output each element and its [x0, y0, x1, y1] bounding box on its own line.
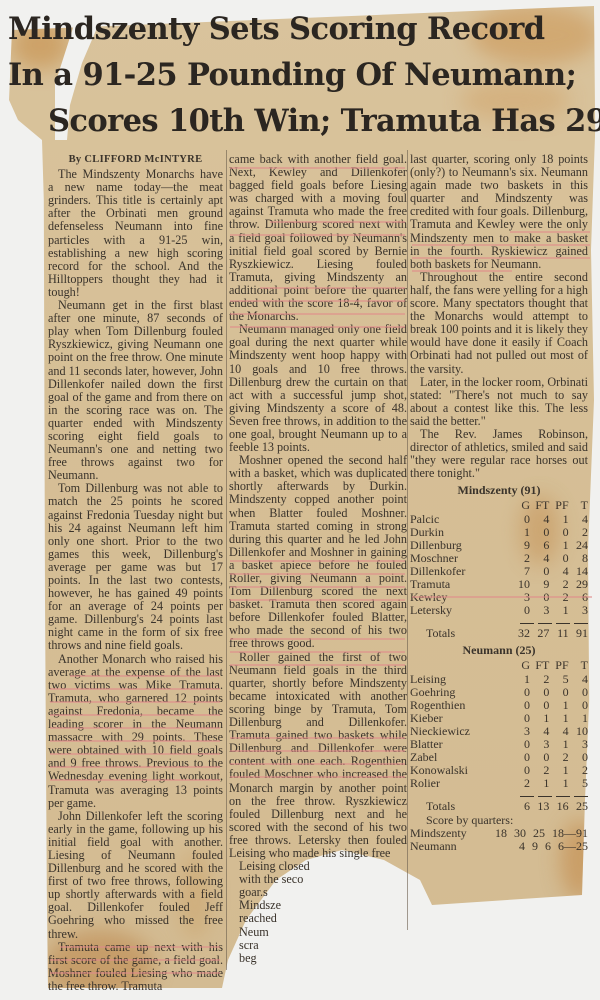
stat-value: 0: [572, 699, 588, 712]
rule-dash: [574, 790, 588, 797]
column-divider: [407, 150, 408, 930]
player-row: Rolier2115: [410, 777, 588, 790]
quarter-score-row: Neumann4 9 6 6—25: [410, 840, 588, 853]
stat-column-label: G: [514, 659, 530, 672]
player-name: Rolier: [410, 777, 514, 790]
rule-dash: [538, 617, 552, 624]
stat-header: GFTPFT: [410, 499, 588, 512]
byline: By CLIFFORD McINTYRE: [48, 153, 223, 166]
player-name: Durkin: [410, 526, 514, 539]
article-paragraph: Throughout the entire second half, the f…: [410, 271, 588, 376]
stat-value: 0: [533, 526, 549, 539]
player-row: Dillenburg96124: [410, 539, 588, 552]
stat-value: 1: [553, 777, 569, 790]
stat-column-label: PF: [553, 499, 569, 512]
stat-value: 13: [533, 800, 549, 813]
rule-dash: [574, 617, 588, 624]
player-row: Durkin1002: [410, 526, 588, 539]
player-name: Kieber: [410, 712, 514, 725]
stat-value: 5: [572, 777, 588, 790]
stat-columns: GFTPFT: [514, 659, 588, 672]
stat-header: GFTPFT: [410, 659, 588, 672]
article-paragraph: John Dillenkofer left the scoring early …: [48, 810, 223, 941]
quarter-team: Neumann: [410, 840, 519, 853]
player-name: Goehring: [410, 686, 514, 699]
box-score: Mindszenty (91)GFTPFTPalcic0414Durkin100…: [410, 484, 588, 852]
article-paragraph: Neum: [229, 926, 407, 939]
stat-value: 4: [572, 513, 588, 526]
player-row: Goehring0000: [410, 686, 588, 699]
stat-value: 11: [553, 627, 569, 640]
headline-line-1: Mindszenty Sets Scoring Record: [8, 6, 596, 52]
player-stats: 96124: [514, 539, 588, 552]
team-heading: Mindszenty (91): [410, 484, 588, 497]
stat-value: 6: [514, 800, 530, 813]
stat-value: 1: [533, 777, 549, 790]
article-paragraph: Neumann get in the first blast after one…: [48, 299, 223, 482]
player-stats: 0313: [514, 604, 588, 617]
article-paragraph: reached: [229, 912, 407, 925]
stat-column-label: PF: [553, 659, 569, 672]
article-paragraph: Later, in the locker room, Orbinati stat…: [410, 376, 588, 428]
stat-value: 1: [514, 526, 530, 539]
totals-stats: 6131625: [514, 800, 588, 813]
player-name: Palcic: [410, 513, 514, 526]
player-row: Leising1254: [410, 673, 588, 686]
player-stats: 2408: [514, 552, 588, 565]
stat-value: 1: [553, 513, 569, 526]
stat-value: 1: [553, 699, 569, 712]
player-stats: 0111: [514, 712, 588, 725]
headline-line-2: In a 91-25 Pounding Of Neumann;: [8, 52, 596, 98]
stat-columns: GFTPFT: [514, 499, 588, 512]
stat-value: 0: [514, 604, 530, 617]
stat-value: 6: [533, 539, 549, 552]
stat-value: 2: [514, 777, 530, 790]
stat-value: 2: [514, 552, 530, 565]
stat-value: 9: [514, 539, 530, 552]
stat-value: 4: [533, 513, 549, 526]
rule-dash: [538, 790, 552, 797]
stat-value: 0: [553, 526, 569, 539]
article-paragraph: beg: [229, 952, 407, 965]
team-heading: Neumann (25): [410, 644, 588, 657]
column-divider: [226, 150, 227, 970]
quarters-label: Score by quarters:: [410, 814, 588, 827]
stat-value: 3: [572, 604, 588, 617]
stat-value: 0: [553, 686, 569, 699]
stat-value: 4: [533, 552, 549, 565]
article-paragraph: Neumann managed only one field goal duri…: [229, 323, 407, 454]
stat-value: 32: [514, 627, 530, 640]
stat-value: 1: [533, 712, 549, 725]
stat-value: 0: [514, 712, 530, 725]
stat-value: 1: [553, 604, 569, 617]
article-paragraph: last quarter, scoring only 18 points (on…: [410, 153, 588, 271]
player-name: Letersky: [410, 604, 514, 617]
stat-value: 0: [514, 699, 530, 712]
headline: Mindszenty Sets Scoring Record In a 91-2…: [8, 6, 596, 144]
player-name: Dillenburg: [410, 539, 514, 552]
player-name: Rogenthien: [410, 699, 514, 712]
quarter-score-row: Mindszenty18 30 25 18—91: [410, 827, 588, 840]
stat-value: 27: [533, 627, 549, 640]
article-paragraph: Roller gained the first of two Neumann f…: [229, 651, 407, 861]
quarter-team: Mindszenty: [410, 827, 495, 840]
stat-value: 4: [572, 673, 588, 686]
article-paragraph: Tramuta came up next with his first scor…: [48, 941, 223, 993]
article-paragraph: Tom Dillenburg was not able to match the…: [48, 482, 223, 652]
article-paragraph: scra: [229, 939, 407, 952]
stat-value: 0: [553, 552, 569, 565]
stat-column-label: G: [514, 499, 530, 512]
player-row: Letersky0313: [410, 604, 588, 617]
column-1-body: The Mindszenty Monarchs have a new name …: [48, 168, 223, 993]
totals-label: Totals: [410, 800, 514, 813]
stat-header-spacer: [410, 659, 514, 672]
stat-value: 91: [572, 627, 588, 640]
player-row: Kieber0111: [410, 712, 588, 725]
player-name: Moschner: [410, 552, 514, 565]
player-row: Rogenthien0010: [410, 699, 588, 712]
player-stats: 0010: [514, 699, 588, 712]
article-paragraph: The Mindszenty Monarchs have a new name …: [48, 168, 223, 299]
stat-value: 2: [533, 673, 549, 686]
player-name: Leising: [410, 673, 514, 686]
rule-dash: [556, 790, 570, 797]
rule-dash: [520, 617, 534, 624]
rule-dash: [520, 790, 534, 797]
headline-line-3: Scores 10th Win; Tramuta Has 29: [8, 98, 596, 144]
column-3-body: last quarter, scoring only 18 points (on…: [410, 153, 588, 480]
totals-label: Totals: [410, 627, 514, 640]
article-column-1: By CLIFFORD McINTYRE The Mindszenty Mona…: [48, 153, 223, 993]
stat-value: 16: [553, 800, 569, 813]
quarter-scores: 18 30 25 18—91: [495, 827, 588, 840]
stat-value: 1: [553, 539, 569, 552]
player-stats: 1002: [514, 526, 588, 539]
totals-row: Totals6131625: [410, 800, 588, 813]
totals-stats: 32271191: [514, 627, 588, 640]
player-stats: 2115: [514, 777, 588, 790]
stat-value: 1: [553, 712, 569, 725]
stat-value: 1: [514, 673, 530, 686]
stat-value: 24: [572, 539, 588, 552]
stat-value: 2: [572, 526, 588, 539]
stat-value: 0: [514, 513, 530, 526]
article-column-2: came back with another field goal. Next,…: [229, 153, 407, 965]
stat-column-label: T: [572, 499, 588, 512]
player-stats: 1254: [514, 673, 588, 686]
stat-value: 0: [533, 686, 549, 699]
stat-value: 8: [572, 552, 588, 565]
stat-value: 3: [533, 604, 549, 617]
article-paragraph: Moshner opened the second half with a ba…: [229, 454, 407, 650]
article-paragraph: The Rev. James Robinson, director of ath…: [410, 428, 588, 480]
stat-column-label: FT: [533, 659, 549, 672]
player-stats: 0000: [514, 686, 588, 699]
stat-column-label: T: [572, 659, 588, 672]
player-stats: 0414: [514, 513, 588, 526]
player-row: Moschner2408: [410, 552, 588, 565]
quarter-scores: 4 9 6 6—25: [519, 840, 588, 853]
totals-row: Totals32271191: [410, 627, 588, 640]
rule-dash: [556, 617, 570, 624]
stat-value: 0: [533, 699, 549, 712]
stat-value: 0: [572, 686, 588, 699]
article-paragraph: came back with another field goal. Next,…: [229, 153, 407, 323]
stat-column-label: FT: [533, 499, 549, 512]
player-row: Palcic0414: [410, 513, 588, 526]
stat-value: 5: [553, 673, 569, 686]
stat-value: 0: [514, 686, 530, 699]
column-2-body: came back with another field goal. Next,…: [229, 153, 407, 965]
stat-value: 25: [572, 800, 588, 813]
stat-header-spacer: [410, 499, 514, 512]
stat-value: 1: [572, 712, 588, 725]
